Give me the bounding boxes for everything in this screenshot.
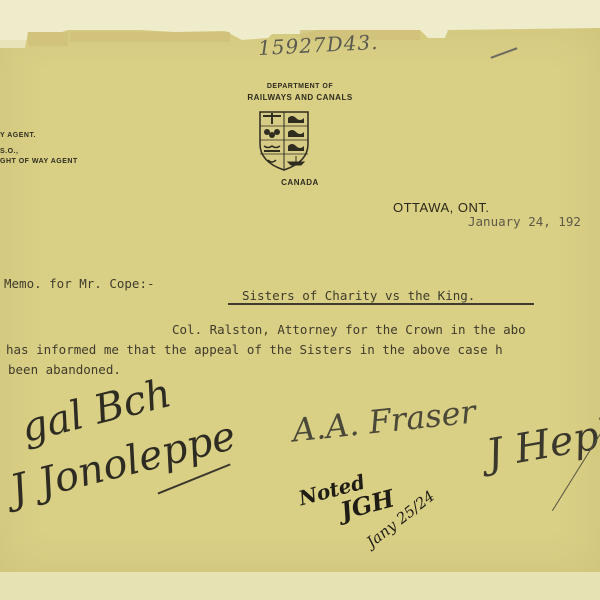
department-line-2: RAILWAYS AND CANALS [200, 93, 400, 102]
body-line-3: been abandoned. [8, 362, 121, 377]
torn-edge [28, 32, 68, 46]
letterhead-location: OTTAWA, ONT. [393, 200, 490, 215]
country-label: CANADA [200, 178, 400, 187]
body-line-1: Col. Ralston, Attorney for the Crown in … [172, 322, 526, 337]
memo-subject: Sisters of Charity vs the King. [242, 288, 475, 303]
subject-underline [228, 303, 534, 305]
department-line-1: DEPARTMENT OF [200, 83, 400, 90]
letterhead-left-line-1: Y AGENT. [0, 132, 36, 139]
letterhead-left-line-2: S.O., [0, 148, 18, 155]
scan-backdrop-bottom [0, 572, 600, 600]
body-line-2: has informed me that the appeal of the S… [6, 342, 503, 357]
letterhead-left-line-3: GHT OF WAY AGENT [0, 158, 78, 165]
coat-of-arms-icon [258, 110, 310, 172]
memo-salutation: Memo. for Mr. Cope:- [4, 276, 155, 291]
torn-edge [70, 32, 230, 42]
letter-date: January 24, 192 [468, 214, 581, 229]
